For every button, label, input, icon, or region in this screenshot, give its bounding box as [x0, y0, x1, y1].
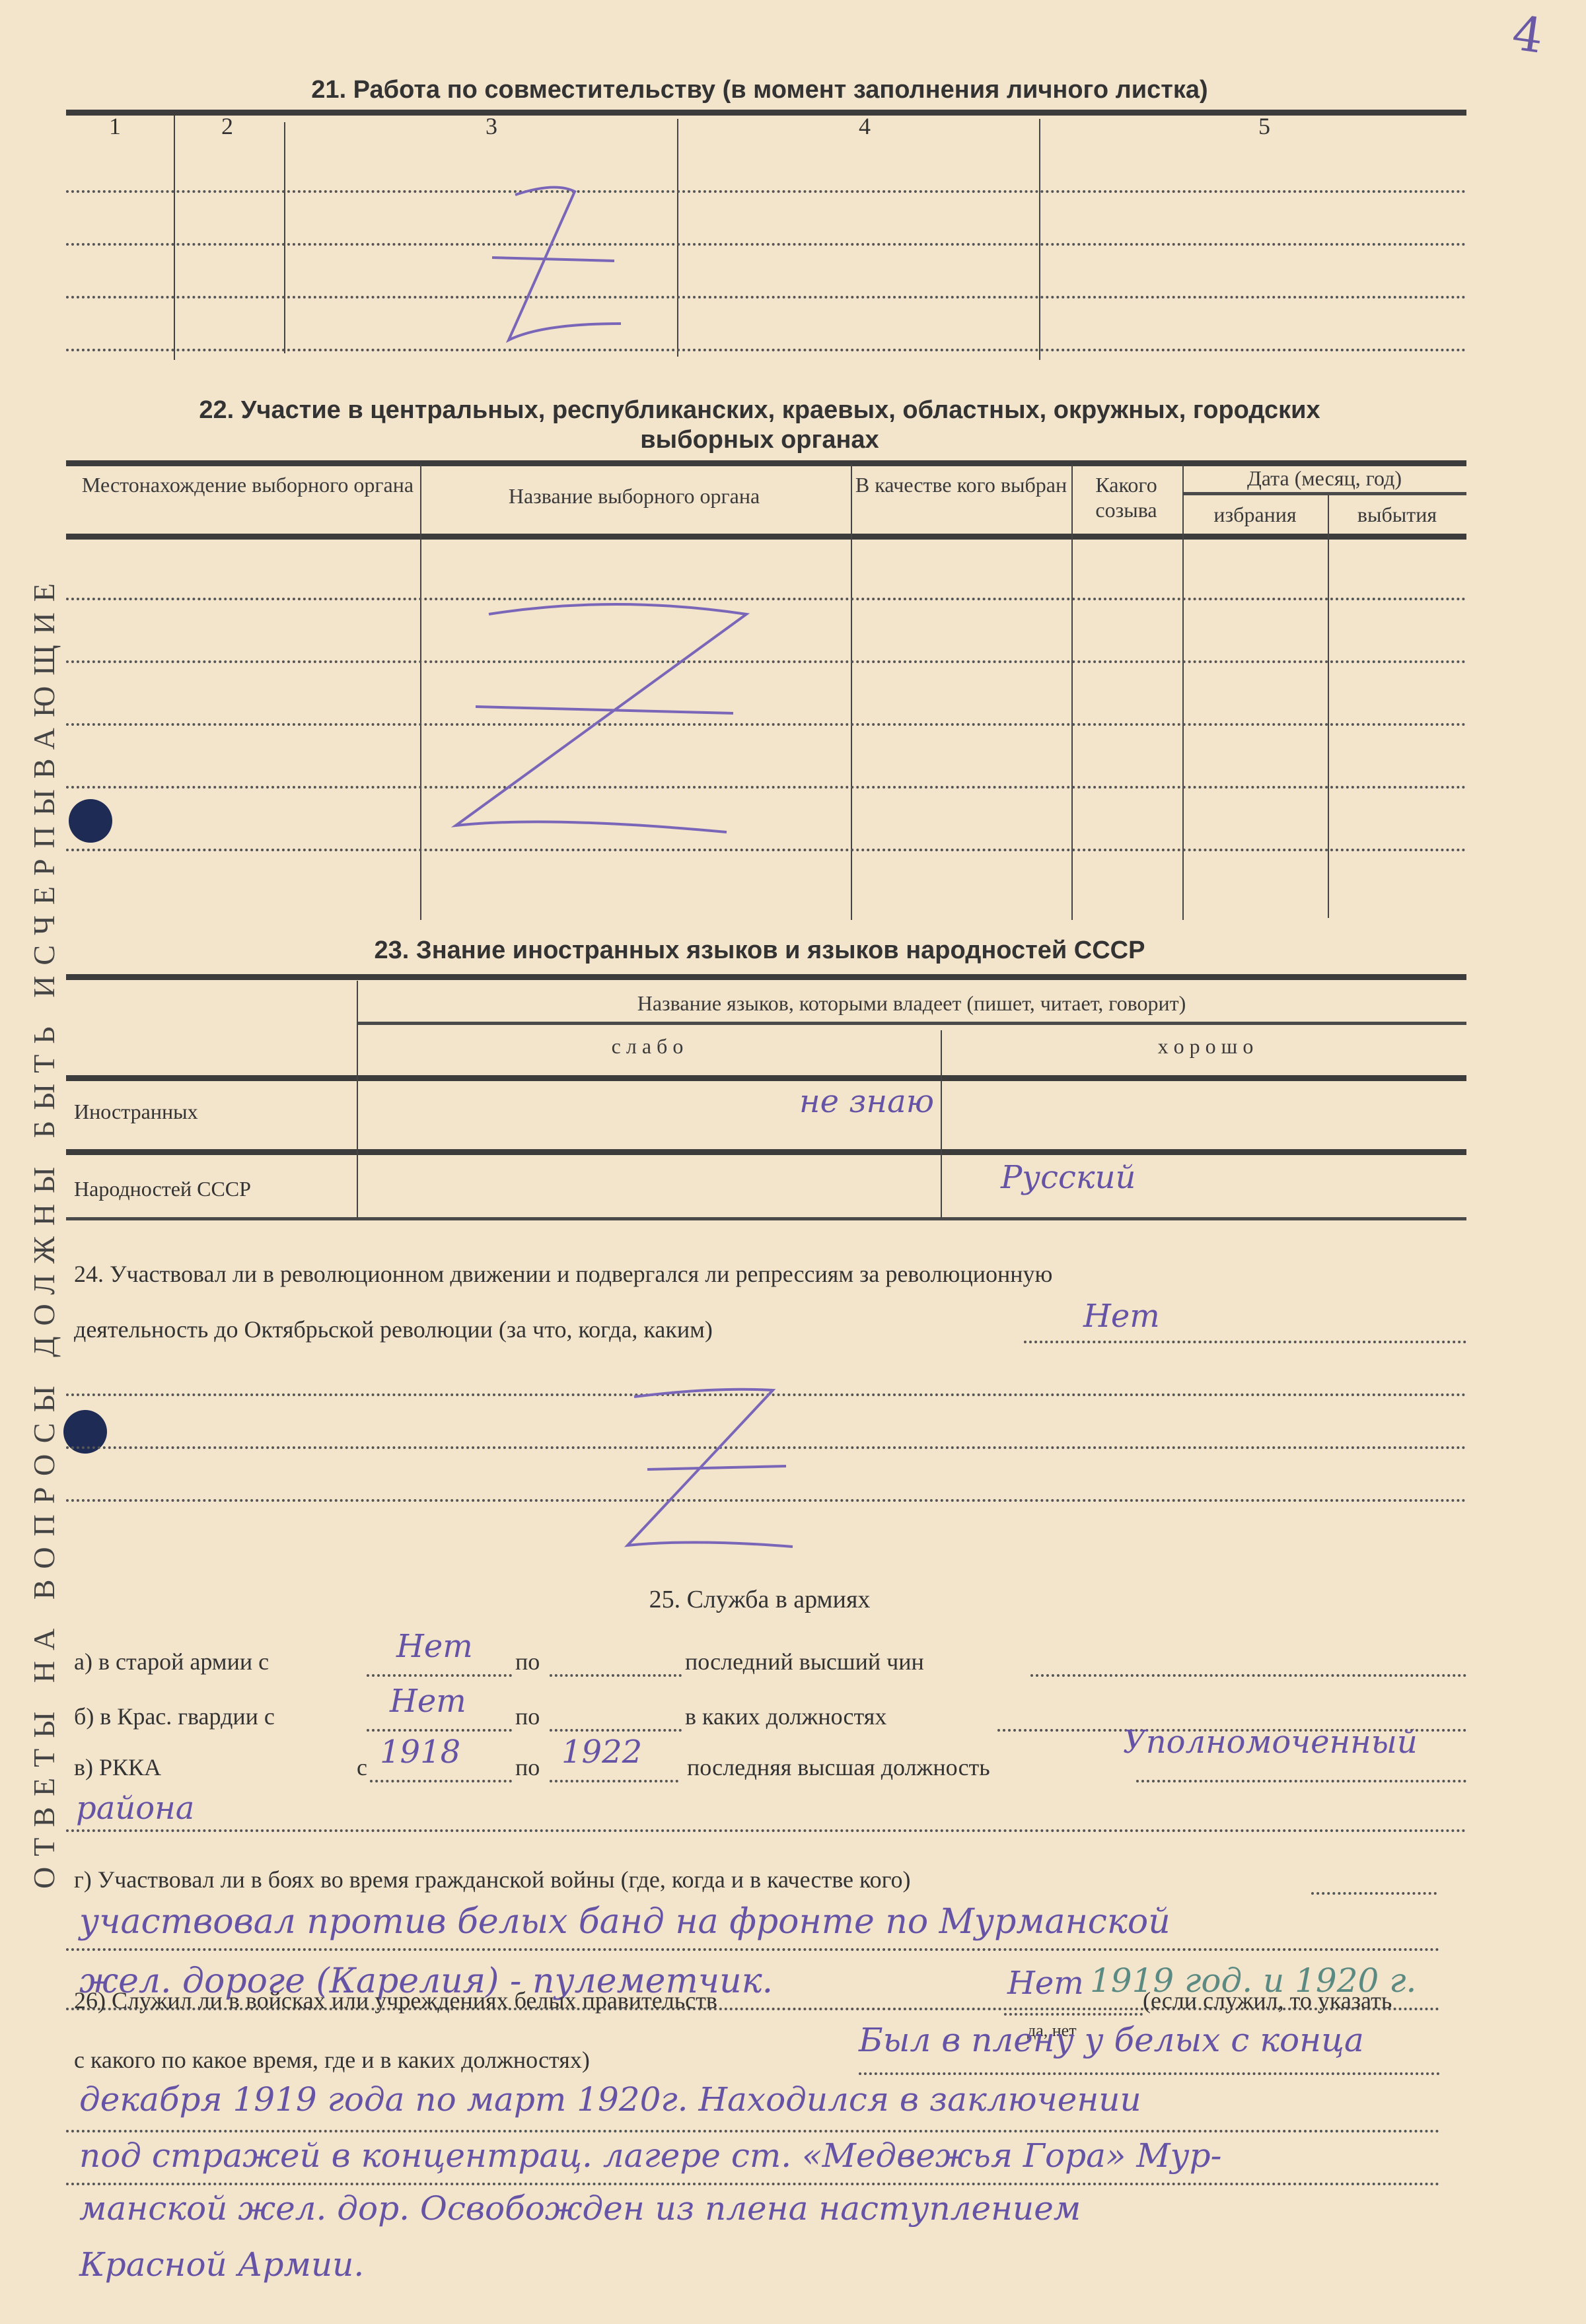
civil-war-question: г) Участвовал ли в боях во время граждан…: [74, 1866, 911, 1893]
answer-revolutionary: Нет: [1083, 1298, 1160, 1335]
col-divider: [1182, 464, 1184, 920]
answer-line: [1024, 1341, 1466, 1343]
white-service-details: под стражей в концентрац. лагере ст. «Ме…: [79, 2136, 1221, 2175]
white-service-answer: Нет: [1007, 1965, 1084, 2002]
answer-ussr-languages: Русский: [1001, 1159, 1135, 1196]
row-line: [66, 660, 1466, 663]
rkka-label: в) РККА: [74, 1753, 161, 1781]
col-divider: [677, 119, 678, 357]
header-role: В качестве кого выбран: [852, 472, 1070, 497]
col-number: 5: [1258, 112, 1270, 140]
answer-line: [1030, 1674, 1466, 1677]
answer-line: [370, 1780, 512, 1782]
answer-line: [367, 1729, 512, 1732]
red-guard-from: Нет: [390, 1683, 466, 1720]
white-service-details: Красной Армии.: [79, 2245, 364, 2284]
section-24-question: деятельность до Октябрьской революции (з…: [74, 1316, 713, 1343]
answer-line: [1004, 2013, 1143, 2016]
divider: [1182, 492, 1466, 495]
answer-line: [550, 1780, 678, 1782]
row-line: [66, 243, 1466, 246]
header-name: Название выборного органа: [423, 483, 846, 509]
header-location: Местонахождение выборного органа: [76, 472, 419, 497]
red-guard-pos-label: в каких должностях: [685, 1703, 886, 1730]
white-service-details: декабря 1919 года по март 1920г. Находил…: [79, 2080, 1141, 2119]
divider: [66, 534, 1466, 540]
divider: [66, 1075, 1466, 1081]
rkka-position: Уполномоченный: [1123, 1724, 1418, 1761]
old-army-from: Нет: [396, 1628, 473, 1665]
divider: [66, 1149, 1466, 1155]
col-divider: [1039, 119, 1040, 360]
rkka-to: 1922: [561, 1734, 642, 1771]
answer-line: [66, 1829, 1466, 1832]
col-number: 4: [859, 112, 871, 140]
header-date: Дата (месяц, год): [1186, 466, 1463, 491]
answer-line: [1136, 1780, 1466, 1782]
rkka-from: 1918: [380, 1734, 460, 1771]
header-good: х о р о ш о: [941, 1034, 1470, 1059]
answer-line: [367, 1674, 512, 1677]
header-elected: избрания: [1186, 502, 1324, 527]
answer-line: [550, 1729, 682, 1732]
white-service-details-label: с какого по какое время, где и в каких д…: [74, 2046, 590, 2074]
dash-mark-icon: [595, 1374, 806, 1559]
answer-line: [1311, 1892, 1437, 1895]
col-number: 3: [486, 112, 497, 140]
row-line: [66, 786, 1466, 789]
divider: [66, 974, 1466, 980]
rkka-from-label: с: [357, 1753, 367, 1781]
old-army-to-label: по: [515, 1648, 540, 1675]
red-guard-to-label: по: [515, 1703, 540, 1730]
answer-line: [66, 2183, 1440, 2185]
rkka-to-label: по: [515, 1753, 540, 1781]
row-line: [66, 849, 1466, 851]
rkka-position-cont: района: [76, 1790, 194, 1827]
col-divider: [851, 464, 852, 920]
civil-war-answer: участвовал против белых банд на фронте п…: [79, 1902, 1171, 1942]
row-label-ussr: Народностей СССР: [74, 1177, 251, 1201]
row-line: [66, 598, 1466, 600]
col-divider: [284, 122, 285, 353]
section-21-title: 21. Работа по совместительству (в момент…: [66, 76, 1453, 104]
answer-line: [66, 2130, 1440, 2132]
section-25-title: 25. Служба в армиях: [66, 1585, 1453, 1614]
section-22-title: 22. Участие в центральных, республиканск…: [66, 396, 1453, 425]
col-divider: [1328, 495, 1329, 918]
rkka-pos-label: последняя высшая должность: [687, 1753, 990, 1781]
row-line: [66, 349, 1466, 351]
answer-foreign-languages: не знаю: [799, 1083, 934, 1120]
old-army-rank-label: последний высший чин: [685, 1648, 924, 1675]
col-divider: [357, 981, 358, 1218]
row-line: [66, 190, 1466, 193]
answer-line: [66, 1948, 1440, 1951]
red-guard-label: б) в Крас. гвардии с: [74, 1703, 275, 1730]
col-number: 2: [221, 112, 233, 140]
side-note: ОТВЕТЫ НА ВОПРОСЫ ДОЛЖНЫ БЫТЬ ИСЧЕРПЫВАЮ…: [26, 423, 61, 1889]
white-service-question-cont: (если служил, то указать: [1143, 1987, 1392, 2014]
col-divider: [174, 116, 175, 360]
header-languages: Название языков, которыми владеет (пишет…: [357, 991, 1466, 1016]
white-service-details: манской жел. дор. Освобожден из плена на…: [79, 2189, 1081, 2228]
binder-hole: [69, 799, 112, 843]
col-divider: [1071, 464, 1073, 920]
header-convocation: Какого созыва: [1073, 472, 1179, 522]
header-left: выбытия: [1328, 502, 1466, 527]
divider: [66, 1217, 1466, 1220]
white-service-details: Был в плену у белых с конца: [859, 2021, 1364, 2059]
old-army-label: а) в старой армии с: [74, 1648, 269, 1675]
page-number: 4: [1509, 5, 1546, 64]
divider: [357, 1022, 1466, 1025]
col-number: 1: [109, 112, 121, 140]
row-line: [66, 296, 1466, 299]
row-label-foreign: Иностранных: [74, 1100, 198, 1124]
divider: [66, 110, 1466, 116]
section-23-title: 23. Знание иностранных языков и языков н…: [66, 936, 1453, 965]
section-22-title: выборных органах: [66, 426, 1453, 454]
col-divider: [941, 1030, 942, 1218]
dash-mark-icon: [462, 178, 661, 343]
answer-line: [859, 2072, 1440, 2075]
answer-line: [550, 1674, 682, 1677]
white-service-question: 26) Служил ли в войсках или учреждениях …: [74, 1987, 717, 2014]
dash-mark-icon: [416, 594, 760, 839]
row-line: [66, 723, 1466, 726]
section-24-question: 24. Участвовал ли в революционном движен…: [74, 1260, 1052, 1288]
header-weak: с л а б о: [357, 1034, 938, 1059]
